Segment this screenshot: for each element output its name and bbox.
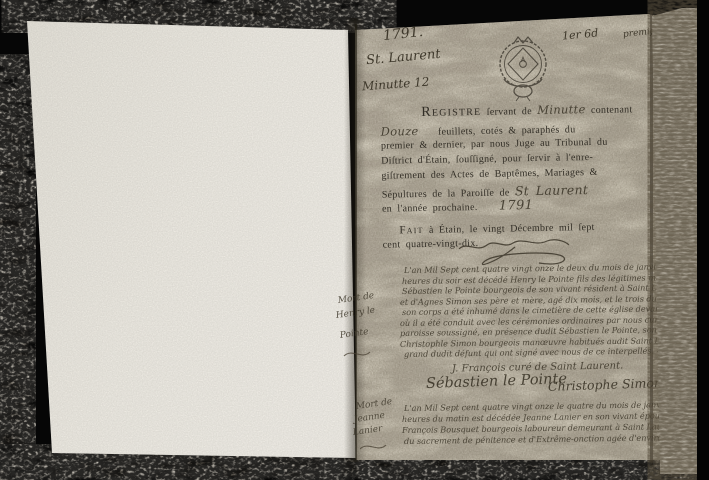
heading-print: contenant xyxy=(591,104,633,116)
act1-margin-paraph xyxy=(342,346,372,362)
registre-word: Registre xyxy=(421,104,481,120)
page-edge-crease xyxy=(650,10,653,466)
heading-hand-parish: St Laurent xyxy=(515,182,589,198)
scan-right-border xyxy=(697,0,709,480)
book-gutter-line xyxy=(355,24,357,460)
heading-hand-douze: Douze xyxy=(381,124,419,139)
fait-word: Fait xyxy=(399,224,423,236)
heading-hand-year: 1791 xyxy=(499,198,534,214)
act2-margin-paraph xyxy=(358,440,388,454)
fiscal-stamp-icon xyxy=(490,33,558,103)
register-scan: 1791. St. Laurent Minutte 12 1er 6d prem… xyxy=(0,0,709,480)
heading-hand-minutte: Minutte xyxy=(537,102,586,117)
heading-print: en l'année prochaine. xyxy=(382,202,478,215)
heading-line-7: en l'année prochaine. 1791 xyxy=(382,198,533,216)
heading-print: ſervant de xyxy=(487,106,532,118)
